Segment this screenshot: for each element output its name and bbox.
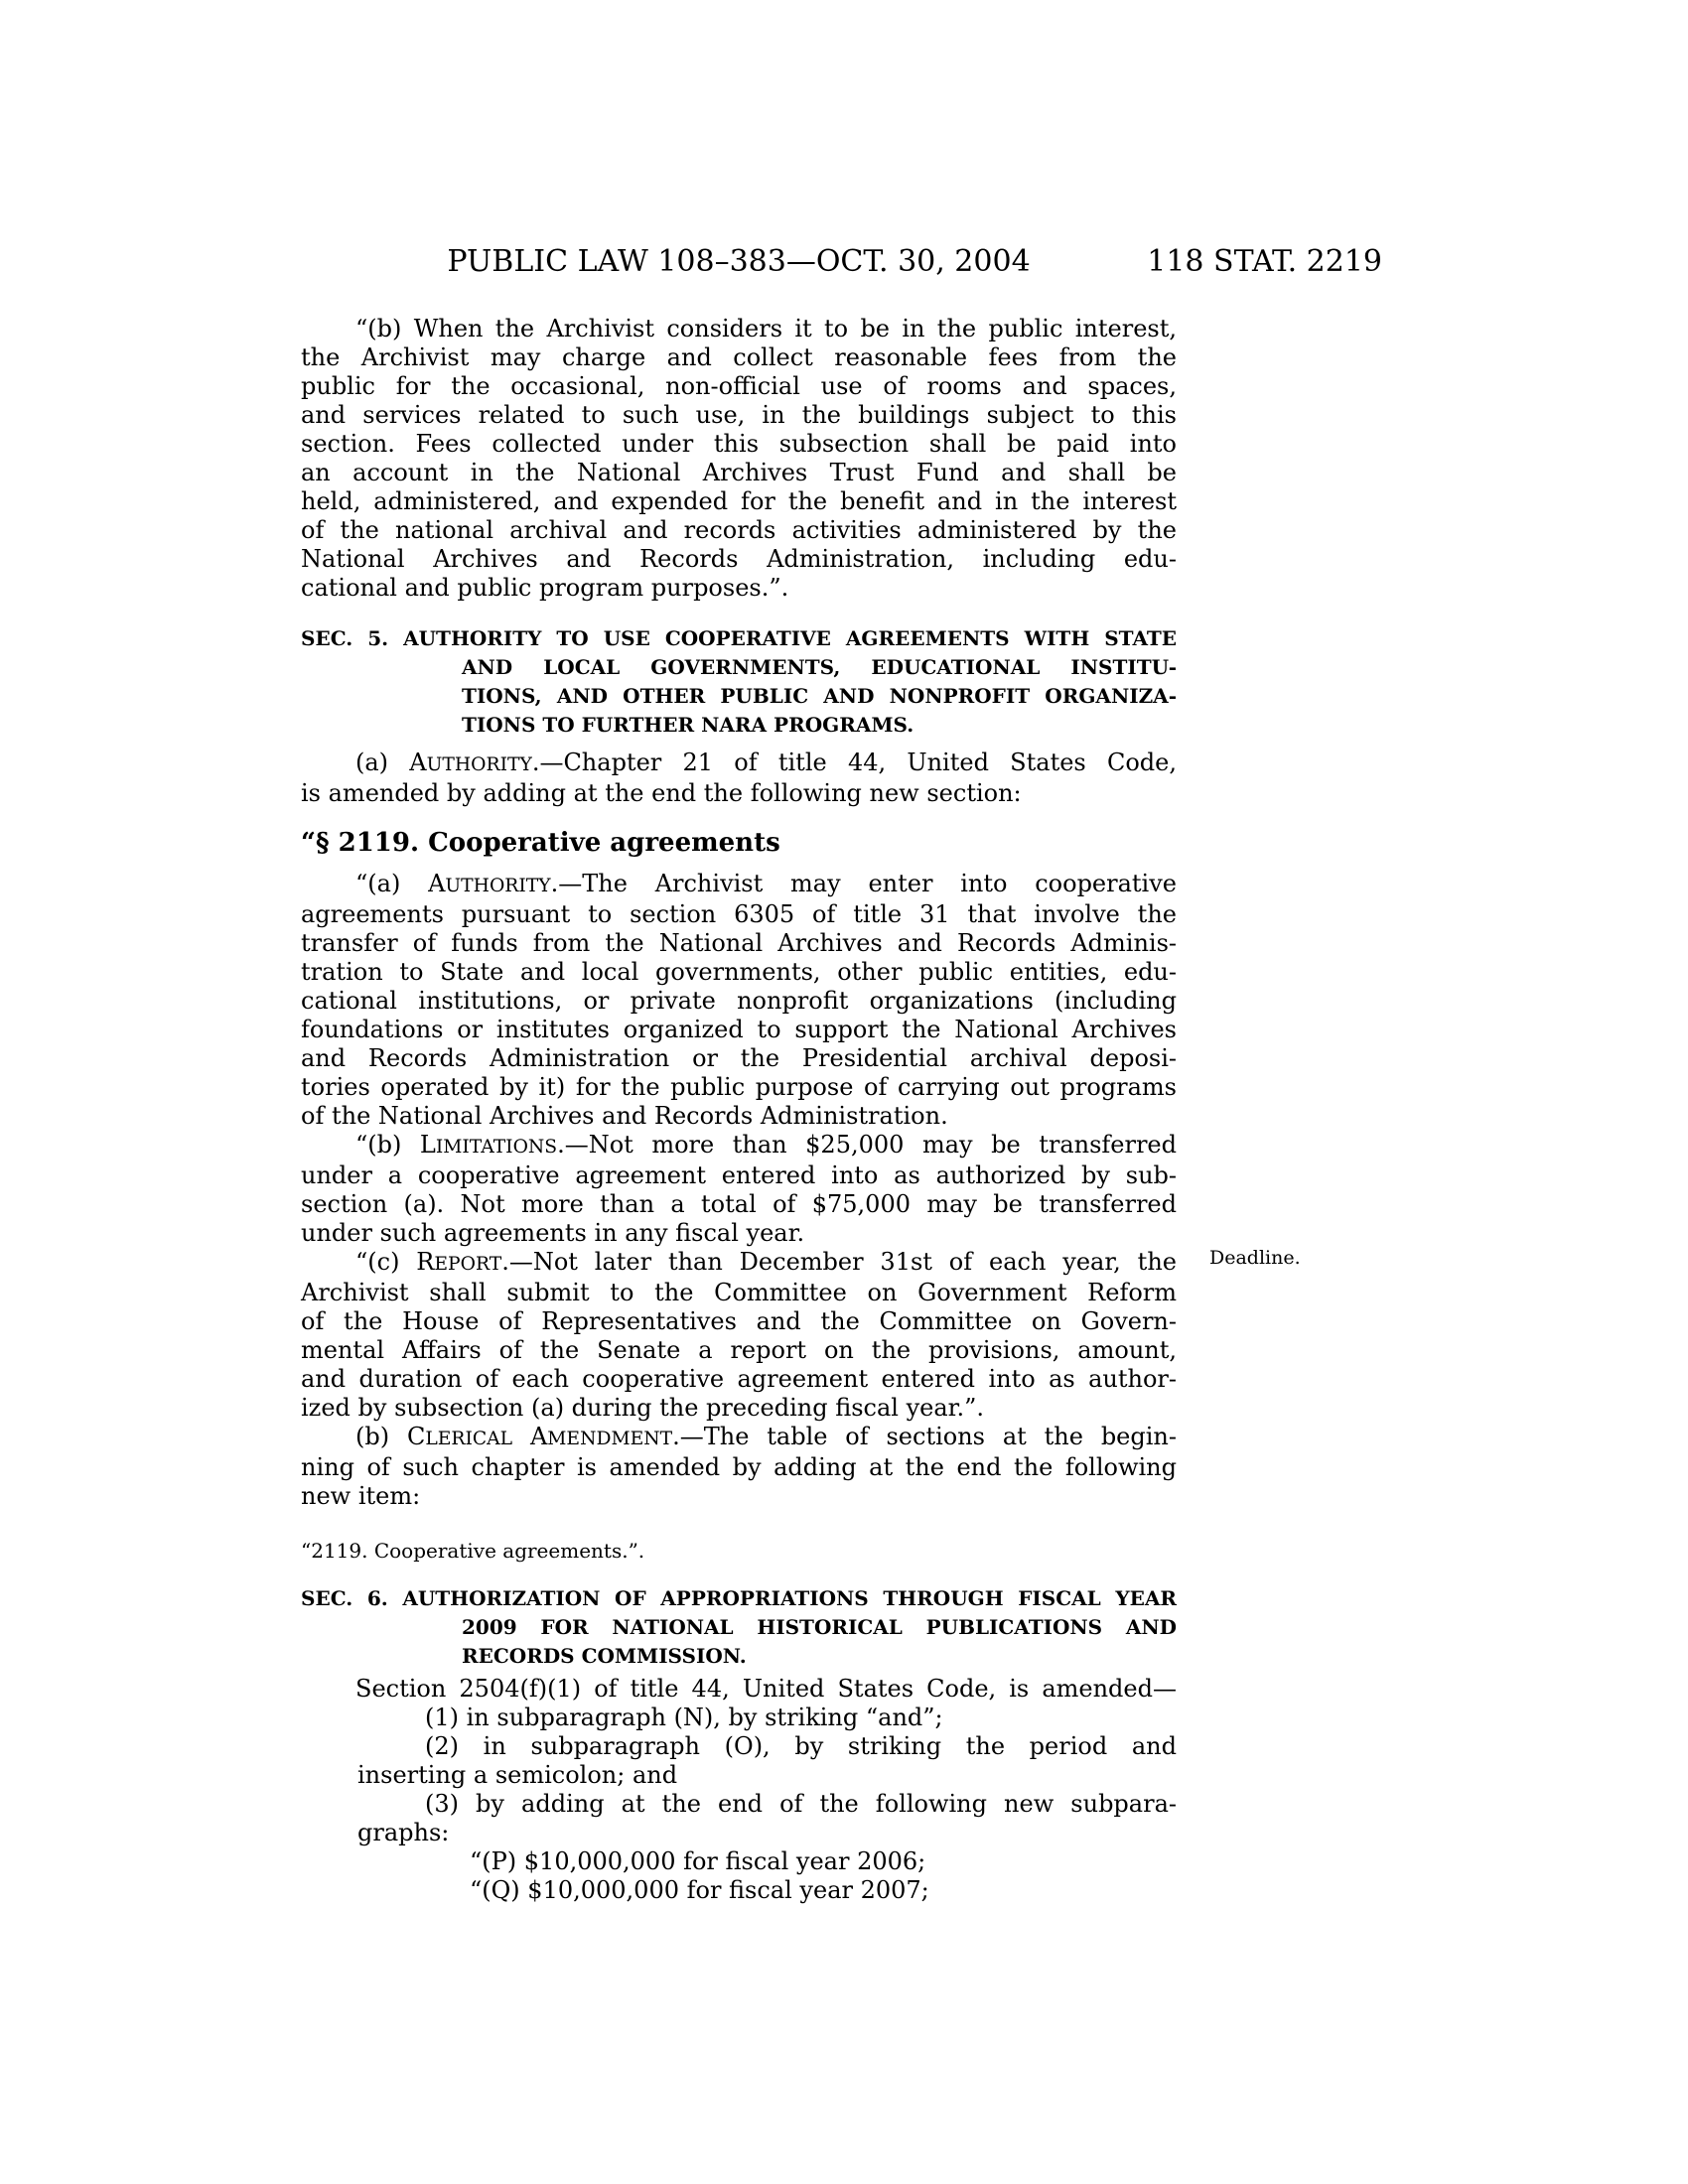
section-6-body: Section 2504(f)(1) of title 44, United S… [301,1675,1177,1905]
text-line: (a) AUTHORITY.—Chapter 21 of title 44, U… [301,749,1177,779]
text-line: AND LOCAL GOVERNMENTS, EDUCATIONAL INSTI… [301,653,1177,682]
text-line: held, administered, and expended for the… [301,487,1177,516]
section-5-heading: SEC. 5. AUTHORITY TO USE COOPERATIVE AGR… [301,624,1177,740]
table-of-sections-item: “2119. Cooperative agreements.”. [301,1538,1177,1565]
text-line: new item: [301,1482,1177,1511]
text-line: 2009 FOR NATIONAL HISTORICAL PUBLICATION… [301,1613,1177,1642]
text-line: “(b) LIMITATIONS.—Not more than $25,000 … [301,1131,1177,1161]
text-line: under a cooperative agreement entered in… [301,1161,1177,1190]
text-line: ized by subsection (a) during the preced… [301,1394,1177,1423]
text-line: section (a). Not more than a total of $7… [301,1190,1177,1219]
text-line: Archivist shall submit to the Committee … [301,1279,1177,1307]
paragraph-2119-a: “(a) AUTHORITY.—The Archivist may enter … [301,870,1177,1131]
text-run: A [512,1423,547,1450]
text-line: mental Affairs of the Senate a report on… [301,1336,1177,1365]
text-line: (2) in subparagraph (O), by striking the… [301,1732,1177,1761]
text-run: (b) C [355,1423,425,1450]
text-line: tories operated by it) for the public pu… [301,1073,1177,1102]
text-run: “(c) R [355,1248,434,1276]
text-line: the Archivist may charge and collect rea… [301,343,1177,372]
text-line: of the National Archives and Records Adm… [301,1102,1177,1131]
text-line: and services related to such use, in the… [301,401,1177,430]
text-line: TIONS, AND OTHER PUBLIC AND NONPROFIT OR… [301,682,1177,711]
small-caps-text: MENDMENT [547,1429,672,1449]
text-line: (b) CLERICAL AMENDMENT.—The table of sec… [301,1423,1177,1453]
section-6-heading: SEC. 6. AUTHORIZATION OF APPROPRIATIONS … [301,1584,1177,1671]
text-line: under such agreements in any fiscal year… [301,1219,1177,1248]
text-line: cational institutions, or private nonpro… [301,987,1177,1016]
paragraph-2119-b: “(b) LIMITATIONS.—Not more than $25,000 … [301,1131,1177,1248]
small-caps-text: LERICAL [425,1429,512,1449]
text-line: “(a) AUTHORITY.—The Archivist may enter … [301,870,1177,900]
text-line: of the House of Representatives and the … [301,1307,1177,1336]
text-line: public for the occasional, non-official … [301,372,1177,401]
text-line: of the national archival and records act… [301,516,1177,545]
text-line: foundations or institutes organized to s… [301,1016,1177,1044]
text-run: .—The table of sections at the begin- [672,1423,1177,1450]
text-line: SEC. 5. AUTHORITY TO USE COOPERATIVE AGR… [301,624,1177,653]
text-run: “(b) L [355,1131,436,1159]
text-line: National Archives and Records Administra… [301,545,1177,574]
text-line: “(Q) $10,000,000 for fiscal year 2007; [301,1876,1177,1905]
text-run: “(a) A [355,870,445,897]
margin-note-deadline: Deadline. [1209,1247,1301,1269]
text-line: an account in the National Archives Trus… [301,459,1177,487]
text-run: .—Not later than December 31st of each y… [501,1248,1177,1276]
small-caps-text: EPORT [434,1254,501,1275]
text-run: (a) A [355,749,427,776]
paragraph-a-authority-amendment: (a) AUTHORITY.—Chapter 21 of title 44, U… [301,749,1177,808]
text-line: transfer of funds from the National Arch… [301,929,1177,958]
text-line: “(P) $10,000,000 for fiscal year 2006; [301,1847,1177,1876]
text-line: “§ 2119. Cooperative agreements [301,829,1177,858]
text-line: (1) in subparagraph (N), by striking “an… [301,1704,1177,1732]
small-caps-text: UTHORITY [445,876,550,896]
paragraph-b-clerical: (b) CLERICAL AMENDMENT.—The table of sec… [301,1423,1177,1511]
text-run: .—Chapter 21 of title 44, United States … [532,749,1177,776]
text-line: “2119. Cooperative agreements.”. [301,1538,1177,1565]
text-line: section. Fees collected under this subse… [301,430,1177,459]
text-line: tration to State and local governments, … [301,958,1177,987]
text-line: graphs: [301,1819,1177,1847]
text-line: SEC. 6. AUTHORIZATION OF APPROPRIATIONS … [301,1584,1177,1613]
text-line: “(b) When the Archivist considers it to … [301,315,1177,343]
text-line: and Records Administration or the Presid… [301,1044,1177,1073]
text-line: ning of such chapter is amended by addin… [301,1453,1177,1482]
text-column: “(b) When the Archivist considers it to … [301,315,1177,1905]
text-line: RECORDS COMMISSION. [301,1642,1177,1671]
text-line: “(c) REPORT.—Not later than December 31s… [301,1248,1177,1279]
text-run: .—Not more than $25,000 may be transferr… [557,1131,1177,1159]
paragraph-2119-c: “(c) REPORT.—Not later than December 31s… [301,1248,1177,1423]
text-line: Section 2504(f)(1) of title 44, United S… [301,1675,1177,1704]
paragraph-b-fees: “(b) When the Archivist considers it to … [301,315,1177,603]
text-line: TIONS TO FURTHER NARA PROGRAMS. [301,711,1177,740]
running-header-law-title: PUBLIC LAW 108–383—OCT. 30, 2004 [301,245,1177,279]
small-caps-text: UTHORITY [427,754,532,775]
text-run: .—The Archivist may enter into cooperati… [551,870,1177,897]
text-line: agreements pursuant to section 6305 of t… [301,900,1177,929]
text-line: cational and public program purposes.”. [301,574,1177,603]
small-caps-text: IMITATIONS [436,1137,557,1158]
text-line: inserting a semicolon; and [301,1761,1177,1790]
text-line: is amended by adding at the end the foll… [301,779,1177,808]
text-line: (3) by adding at the end of the followin… [301,1790,1177,1819]
statute-page: PUBLIC LAW 108–383—OCT. 30, 2004 118 STA… [0,0,1688,2184]
section-2119-heading: “§ 2119. Cooperative agreements [301,829,1177,858]
running-header-stat-page-number: 118 STAT. 2219 [1147,245,1382,279]
text-line: and duration of each cooperative agreeme… [301,1365,1177,1394]
